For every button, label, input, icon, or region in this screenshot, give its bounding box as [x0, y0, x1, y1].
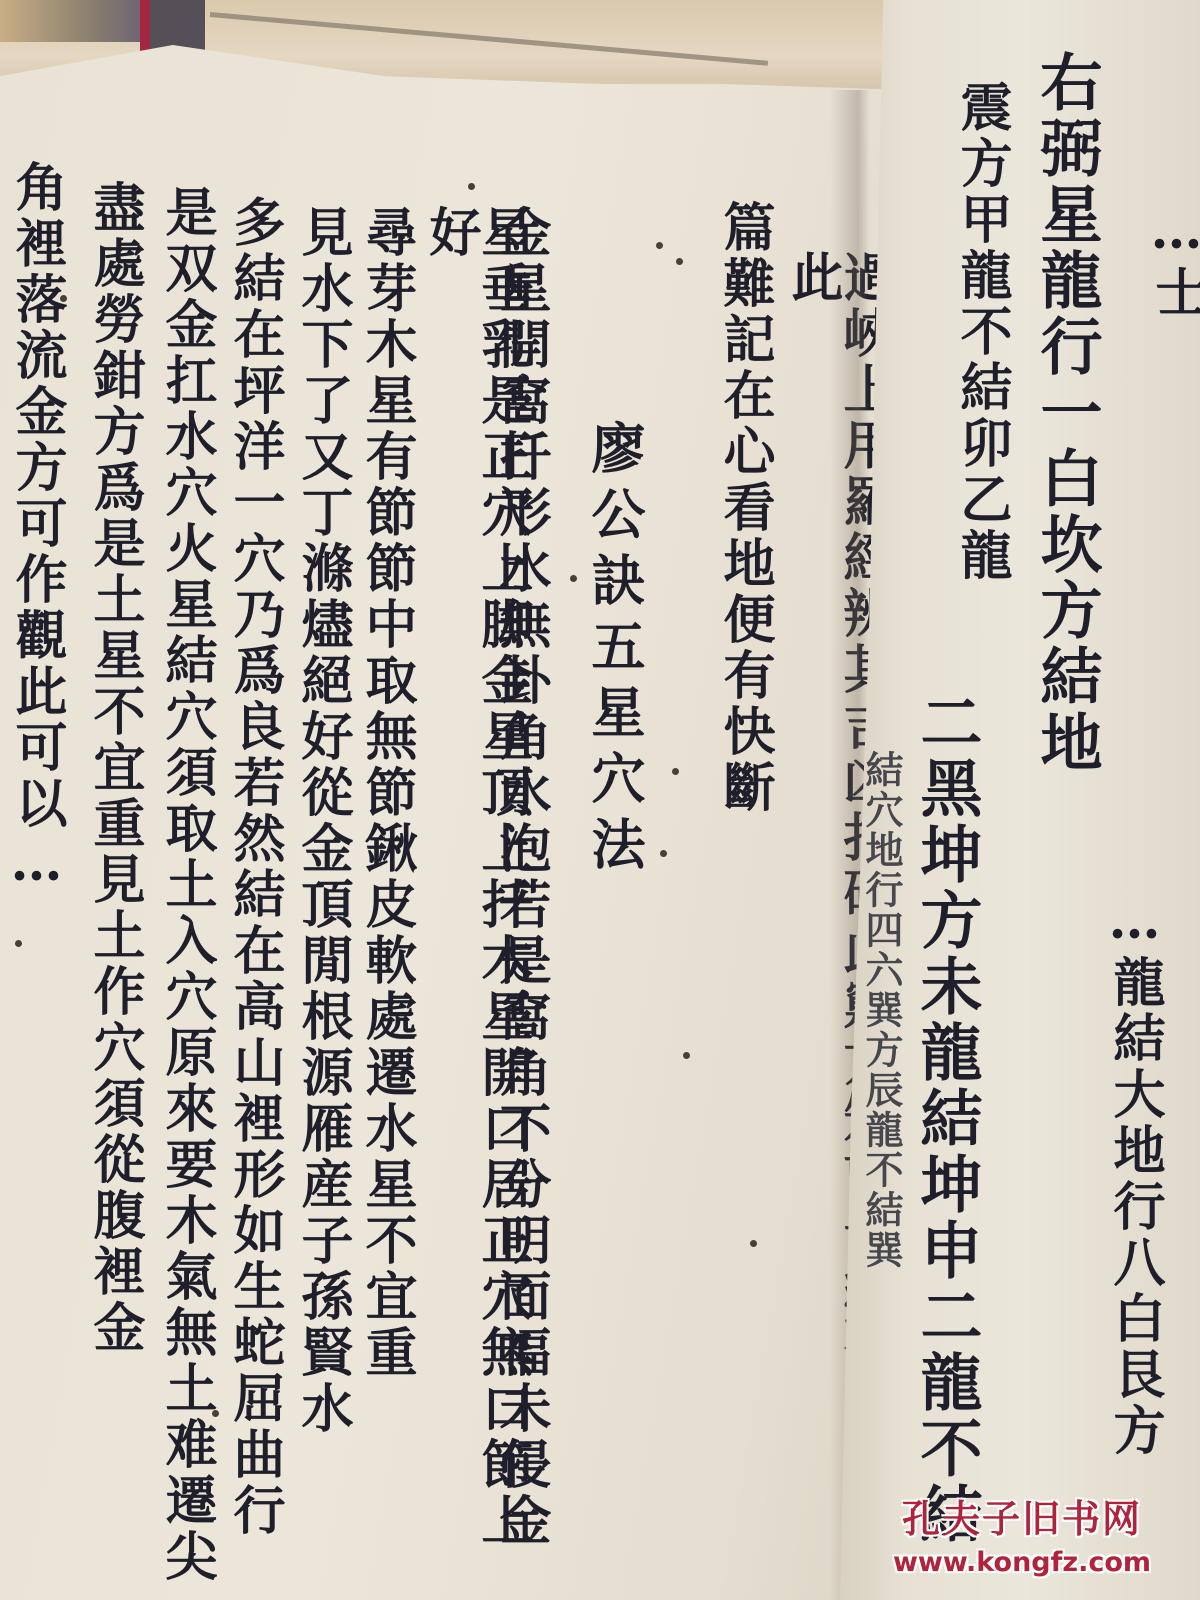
text-column-7: 見水下了又丁滌燼絕好從金頂閒根源雁産子孫賢水 [296, 205, 348, 1437]
worm-hole [570, 575, 577, 582]
text-column-6: 尋芽木星有節節中取無節鍬皮軟處遷水星不宜重 [360, 205, 412, 1381]
right-text-column-3: 二黑坤方未龍結坤申二龍不結 [915, 690, 977, 1548]
worm-hole [468, 183, 475, 190]
worm-hole [683, 1052, 690, 1059]
text-column-8: 多結在坪洋一穴乃爲良若然結在高山裡形如生蛇屈曲行 [228, 195, 280, 1539]
watermark-url: www.kongfz.com [872, 1547, 1172, 1578]
book-edge-left [0, 0, 140, 42]
right-text-column-5: …龍結大地行八白艮方 [1108, 890, 1160, 1459]
worm-hole [750, 1240, 757, 1247]
worm-hole [676, 258, 683, 265]
text-column-11: 角裡落流金方可作觀此可以… [10, 160, 62, 897]
section-heading: 廖公訣五星穴法 [588, 420, 642, 882]
worm-hole [15, 940, 22, 947]
text-column-5: 星垂乳是正穴上脚金星頂上扦木星開口居正穴無口節上好 [424, 205, 528, 1600]
right-text-column-1: 右弼星龍行一白坎方結地 [1035, 50, 1097, 776]
text-column-10: 盡處勞鉗方爲是土星不宜重見土作穴須從腹裡金 [88, 180, 140, 1356]
text-column-2: 篇難記在心看地便有快斷 [718, 200, 770, 816]
worm-hole [672, 768, 679, 775]
text-column-9: 是双金扛水穴火星結穴須取土入穴原來要木氣無土难遷尖 [160, 185, 212, 1585]
watermark-title: 孔夫子旧书网 [872, 1488, 1172, 1543]
kongfz-watermark: 孔夫子旧书网 www.kongfz.com [872, 1488, 1172, 1588]
right-text-column-2: 震方甲龍不結卯乙龍 [955, 80, 1007, 584]
worm-hole [656, 242, 663, 249]
right-text-column-6: …士 [1150, 200, 1200, 321]
worm-hole [660, 850, 667, 857]
right-text-column-4: 結穴地行四六巽方辰龍不結巽 [862, 750, 900, 1270]
